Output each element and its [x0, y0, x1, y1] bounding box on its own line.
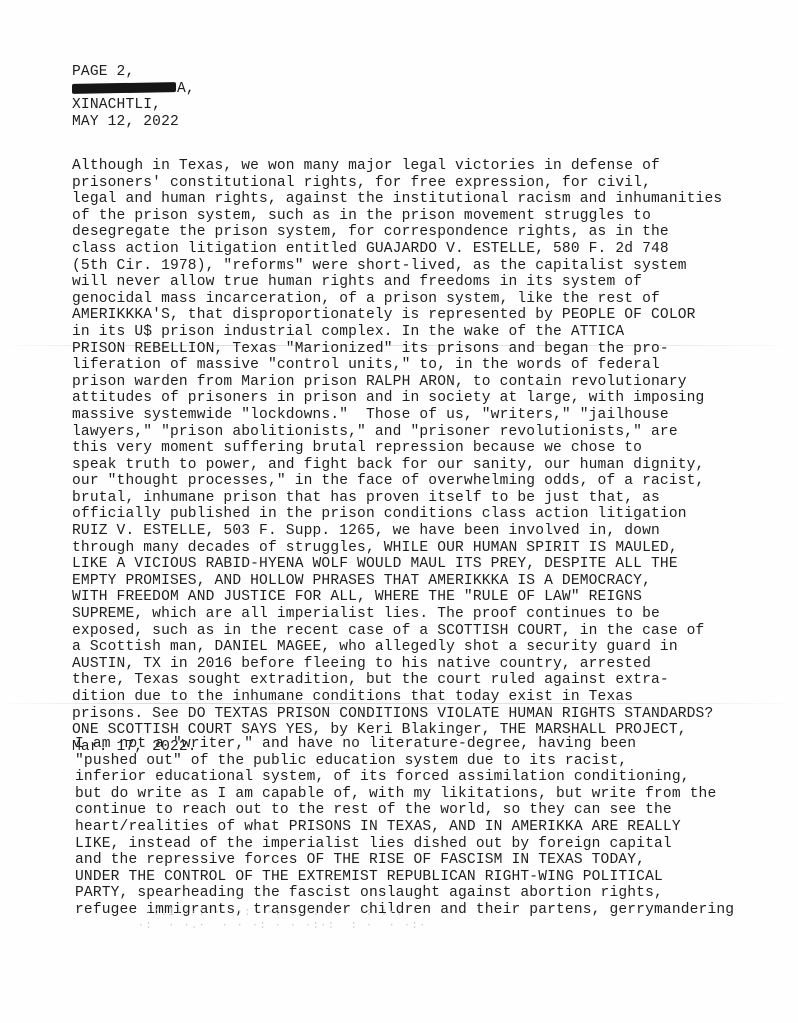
text-line: and the repressive forces OF THE RISE OF…	[75, 852, 734, 869]
letter-header: PAGE 2, A, XINACHTLI, MAY 12, 2022	[72, 64, 195, 130]
text-line: lawyers," "prison abolitionists," and "p…	[72, 424, 722, 441]
text-line: a Scottish man, DANIEL MAGEE, who allege…	[72, 639, 722, 656]
text-line: massive systemwide "lockdowns." Those of…	[72, 407, 722, 424]
text-line: prisons. See DO TEXTAS PRISON CONDITIONS…	[72, 706, 722, 723]
author-name: XINACHTLI,	[72, 97, 195, 114]
text-line: genocidal mass incarceration, of a priso…	[72, 291, 722, 308]
text-line: SUPREME, which are all imperialist lies.…	[72, 606, 722, 623]
text-line: PRISON REBELLION, Texas "Marionized" its…	[72, 341, 722, 358]
text-line: but do write as I am capable of, with my…	[75, 786, 734, 803]
text-line: heart/realities of what PRISONS IN TEXAS…	[75, 819, 734, 836]
text-line: LIKE A VICIOUS RABID-HYENA WOLF WOULD MA…	[72, 556, 722, 573]
text-line: in its U$ prison industrial complex. In …	[72, 324, 722, 341]
redaction-bar	[72, 82, 176, 94]
text-line: PARTY, spearheading the fascist onslaugh…	[75, 885, 734, 902]
text-line: "pushed out" of the public education sys…	[75, 753, 734, 770]
text-line: class action litigation entitled GUAJARD…	[72, 241, 722, 258]
text-line: I am not a "writer," and have no literat…	[75, 736, 734, 753]
text-line: there, Texas sought extradition, but the…	[72, 672, 722, 689]
text-line: RUIZ V. ESTELLE, 503 F. Supp. 1265, we h…	[72, 523, 722, 540]
text-line: AMERIKKKA'S, that disproportionately is …	[72, 307, 722, 324]
text-line: continue to reach out to the rest of the…	[75, 802, 734, 819]
text-line: WITH FREEDOM AND JUSTICE FOR ALL, WHERE …	[72, 589, 722, 606]
text-line: will never allow true human rights and f…	[72, 274, 722, 291]
text-line: our "thought processes," in the face of …	[72, 473, 722, 490]
text-line: AUSTIN, TX in 2016 before fleeing to his…	[72, 656, 722, 673]
text-line: officially published in the prison condi…	[72, 506, 722, 523]
text-line: LIKE, instead of the imperialist lies di…	[75, 836, 734, 853]
text-line: prison warden from Marion prison RALPH A…	[72, 374, 722, 391]
text-line: brutal, inhumane prison that has proven …	[72, 490, 722, 507]
text-line: this very moment suffering brutal repres…	[72, 440, 722, 457]
text-line: attitudes of prisoners in prison and in …	[72, 390, 722, 407]
text-line: dition due to the inhumane conditions th…	[72, 689, 722, 706]
body-paragraph-2: I am not a "writer," and have no literat…	[75, 736, 734, 919]
body-paragraph-1: Although in Texas, we won many major leg…	[72, 158, 722, 755]
text-line: Although in Texas, we won many major leg…	[72, 158, 722, 175]
text-line: desegregate the prison system, for corre…	[72, 224, 722, 241]
text-line: legal and human rights, against the inst…	[72, 191, 722, 208]
bleed-through-artifact: ·::I·:·: · ·: ·:·. ·: ·: ·: :·: · ·: · ·…	[130, 907, 420, 937]
document-page: PAGE 2, A, XINACHTLI, MAY 12, 2022 Altho…	[0, 0, 798, 1023]
text-line: exposed, such as in the recent case of a…	[72, 623, 722, 640]
text-line: (5th Cir. 1978), "reforms" were short-li…	[72, 258, 722, 275]
text-line: of the prison system, such as in the pri…	[72, 208, 722, 225]
letter-date: MAY 12, 2022	[72, 114, 195, 131]
page-label: PAGE 2,	[72, 64, 195, 81]
redacted-name-suffix: A,	[177, 81, 195, 97]
text-line: EMPTY PROMISES, AND HOLLOW PHRASES THAT …	[72, 573, 722, 590]
text-line: liferation of massive "control units," t…	[72, 357, 722, 374]
text-line: prisoners' constitutional rights, for fr…	[72, 175, 722, 192]
text-line: UNDER THE CONTROL OF THE EXTREMIST REPUB…	[75, 869, 734, 886]
text-line: inferior educational system, of its forc…	[75, 769, 734, 786]
text-line: speak truth to power, and fight back for…	[72, 457, 722, 474]
recipient-line: A,	[72, 81, 195, 98]
text-line: through many decades of struggles, WHILE…	[72, 540, 722, 557]
